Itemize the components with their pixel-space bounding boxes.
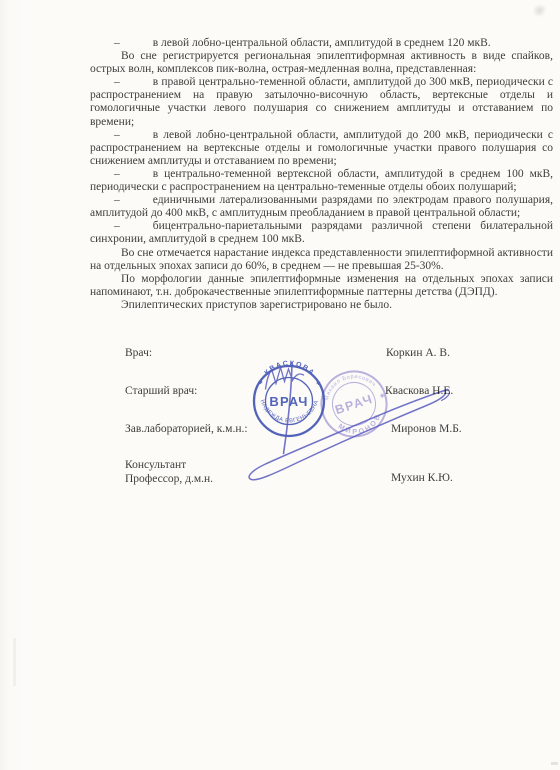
- bullet-text: в левой лобно-центральной области, ампли…: [153, 37, 491, 49]
- report-body: –в левой лобно-центральной области, ампл…: [90, 37, 553, 312]
- paragraph-text: По морфологии данные эпилептиформные изм…: [90, 273, 553, 298]
- paragraph: Эпилептических приступов зарегистрирован…: [90, 299, 553, 312]
- paragraph: По морфологии данные эпилептиформные изм…: [90, 273, 553, 299]
- paragraph-text: Эпилептических приступов зарегистрирован…: [121, 299, 392, 311]
- doctor-stamp-star-right-icon: ✱: [316, 380, 321, 387]
- scan-speck: [551, 762, 558, 765]
- bullet-item: –в центрально-теменной вертексной област…: [90, 168, 553, 194]
- bullet-item: –единичными латерализованными разрядами …: [90, 194, 553, 220]
- signature-role-consultant: Консультант: [125, 459, 186, 471]
- signature-role-senior-doctor: Старший врач:: [125, 385, 197, 397]
- bullet-text: единичными латерализованными разрядами п…: [90, 194, 553, 219]
- bullet-text: в правой центрально-теменной области, ам…: [90, 76, 553, 127]
- signature-role-professor: Профессор, д.м.н.: [125, 473, 213, 485]
- doctor-stamp-top-text: КВАСКОВА: [264, 360, 316, 377]
- bullet-dash: –: [114, 76, 120, 88]
- bullet-item: –в левой лобно-центральной области, ампл…: [90, 37, 553, 50]
- paragraph: Во сне регистрируется региональная эпиле…: [90, 50, 553, 76]
- scan-streak: [13, 638, 16, 686]
- doctor-stamp-center-text: ВРАЧ: [269, 394, 308, 409]
- bullet-text: в левой лобно-центральной области, ампли…: [90, 129, 553, 167]
- paragraph: Во сне отмечается нарастание индекса пре…: [90, 247, 553, 273]
- bullet-item: –бицентрально-париетальными разрядами ра…: [90, 220, 553, 246]
- doctor-stamp-star-left-icon: ✱: [258, 379, 263, 386]
- paragraph-text: Во сне отмечается нарастание индекса пре…: [90, 247, 553, 272]
- svg-text:МИРОНОВ: МИРОНОВ: [335, 409, 387, 443]
- lab-head-stamp-bottom-text: МИРОНОВ: [335, 409, 387, 443]
- scan-smudge: [530, 1, 549, 20]
- signature-name-korkin: Коркин А. В.: [386, 347, 450, 359]
- signature-name-mukhin: Мухин К.Ю.: [391, 472, 453, 484]
- signature-role-doctor: Врач:: [125, 347, 152, 359]
- signature-role-lab-head: Зав.лабораторией, к.м.н.:: [125, 423, 248, 435]
- svg-text:Михаил Борисович: Михаил Борисович: [319, 367, 378, 403]
- signature-name-kvaskova: Кваскова Н.Е.: [385, 385, 453, 397]
- lab-head-stamp-center-text: ВРАЧ: [333, 392, 375, 417]
- bullet-dash: –: [114, 129, 120, 141]
- lab-head-stamp: Михаил Борисович МИРОНОВ ВРАЧ ✱: [313, 363, 395, 445]
- signature-name-mironov: Миронов М.Б.: [391, 423, 462, 435]
- doctor-stamp-bottom-text: НАДЕЖДА ЕВГЕНЬЕВНА: [259, 399, 321, 424]
- signature-ink: [249, 363, 449, 480]
- document-page: –в левой лобно-центральной области, ампл…: [0, 0, 560, 770]
- bullet-item: –в правой центрально-теменной области, а…: [90, 76, 553, 128]
- bullet-dash: –: [114, 37, 120, 49]
- paragraph-text: Во сне регистрируется региональная эпиле…: [90, 50, 553, 75]
- lab-head-stamp-top-text: Михаил Борисович: [319, 367, 378, 403]
- doctor-stamp: КВАСКОВА НАДЕЖДА ЕВГЕНЬЕВНА ВРАЧ ✱ ✱: [254, 360, 324, 436]
- svg-text:КВАСКОВА: КВАСКОВА: [264, 360, 316, 377]
- signature-zigzag-stroke: [266, 368, 304, 390]
- svg-text:НАДЕЖДА ЕВГЕНЬЕВНА: НАДЕЖДА ЕВГЕНЬЕВНА: [259, 399, 321, 424]
- bullet-dash: –: [114, 168, 120, 180]
- bullet-text: в центрально-теменной вертексной области…: [90, 168, 553, 193]
- bullet-dash: –: [114, 194, 120, 206]
- bullet-dash: –: [114, 220, 120, 232]
- bullet-item: –в левой лобно-центральной области, ампл…: [90, 129, 553, 168]
- signature-vertical-stroke: [284, 363, 293, 454]
- bullet-text: бицентрально-париетальными разрядами раз…: [90, 220, 553, 245]
